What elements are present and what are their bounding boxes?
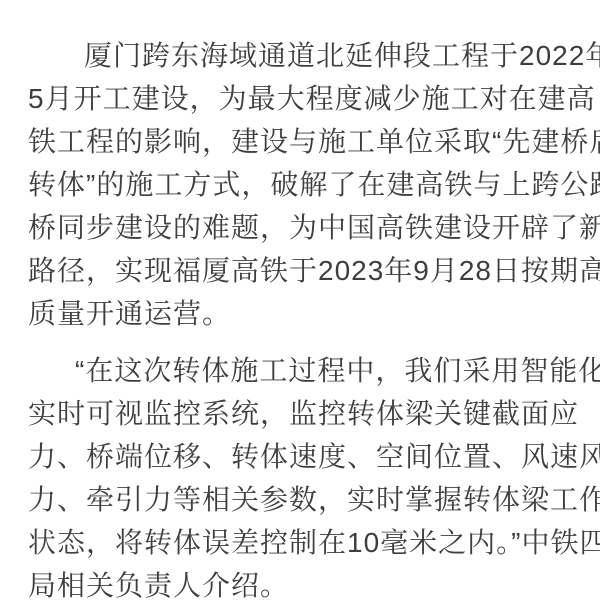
text-line: 5月开工建设，为最大程度减少施工对在建高 bbox=[28, 77, 582, 120]
text-line: 力、牵引力等相关参数，实时掌握转体梁工作 bbox=[28, 478, 582, 521]
text-line: 路径，实现福厦高铁于2023年9月28日按期高 bbox=[28, 249, 582, 292]
text-line: 铁工程的影响，建设与施工单位采取“先建桥后 bbox=[28, 120, 582, 163]
text-line: “在这次转体施工过程中，我们采用智能化 bbox=[28, 349, 582, 392]
text-line: 实时可视监控系统，监控转体梁关键截面应 bbox=[28, 392, 582, 435]
text-line: 转体”的施工方式，破解了在建高铁与上跨公路 bbox=[28, 163, 582, 206]
text-line: 桥同步建设的难题，为中国高铁建设开辟了新 bbox=[28, 206, 582, 249]
text-line: 状态，将转体误差控制在10毫米之内。”中铁四 bbox=[28, 521, 582, 564]
text-line: 力、桥端位移、转体速度、空间位置、风速风 bbox=[28, 435, 582, 478]
paragraph-construction-overview: 厦门跨东海域通道北延伸段工程于2022年 5月开工建设，为最大程度减少施工对在建… bbox=[28, 34, 582, 335]
paragraph-quote-monitoring: “在这次转体施工过程中，我们采用智能化 实时可视监控系统，监控转体梁关键截面应 … bbox=[28, 349, 582, 606]
text-line: 厦门跨东海域通道北延伸段工程于2022年 bbox=[28, 34, 582, 77]
article-body: 厦门跨东海域通道北延伸段工程于2022年 5月开工建设，为最大程度减少施工对在建… bbox=[0, 0, 600, 606]
text-line: 质量开通运营。 bbox=[28, 292, 582, 335]
text-line: 局相关负责人介绍。 bbox=[28, 564, 582, 606]
